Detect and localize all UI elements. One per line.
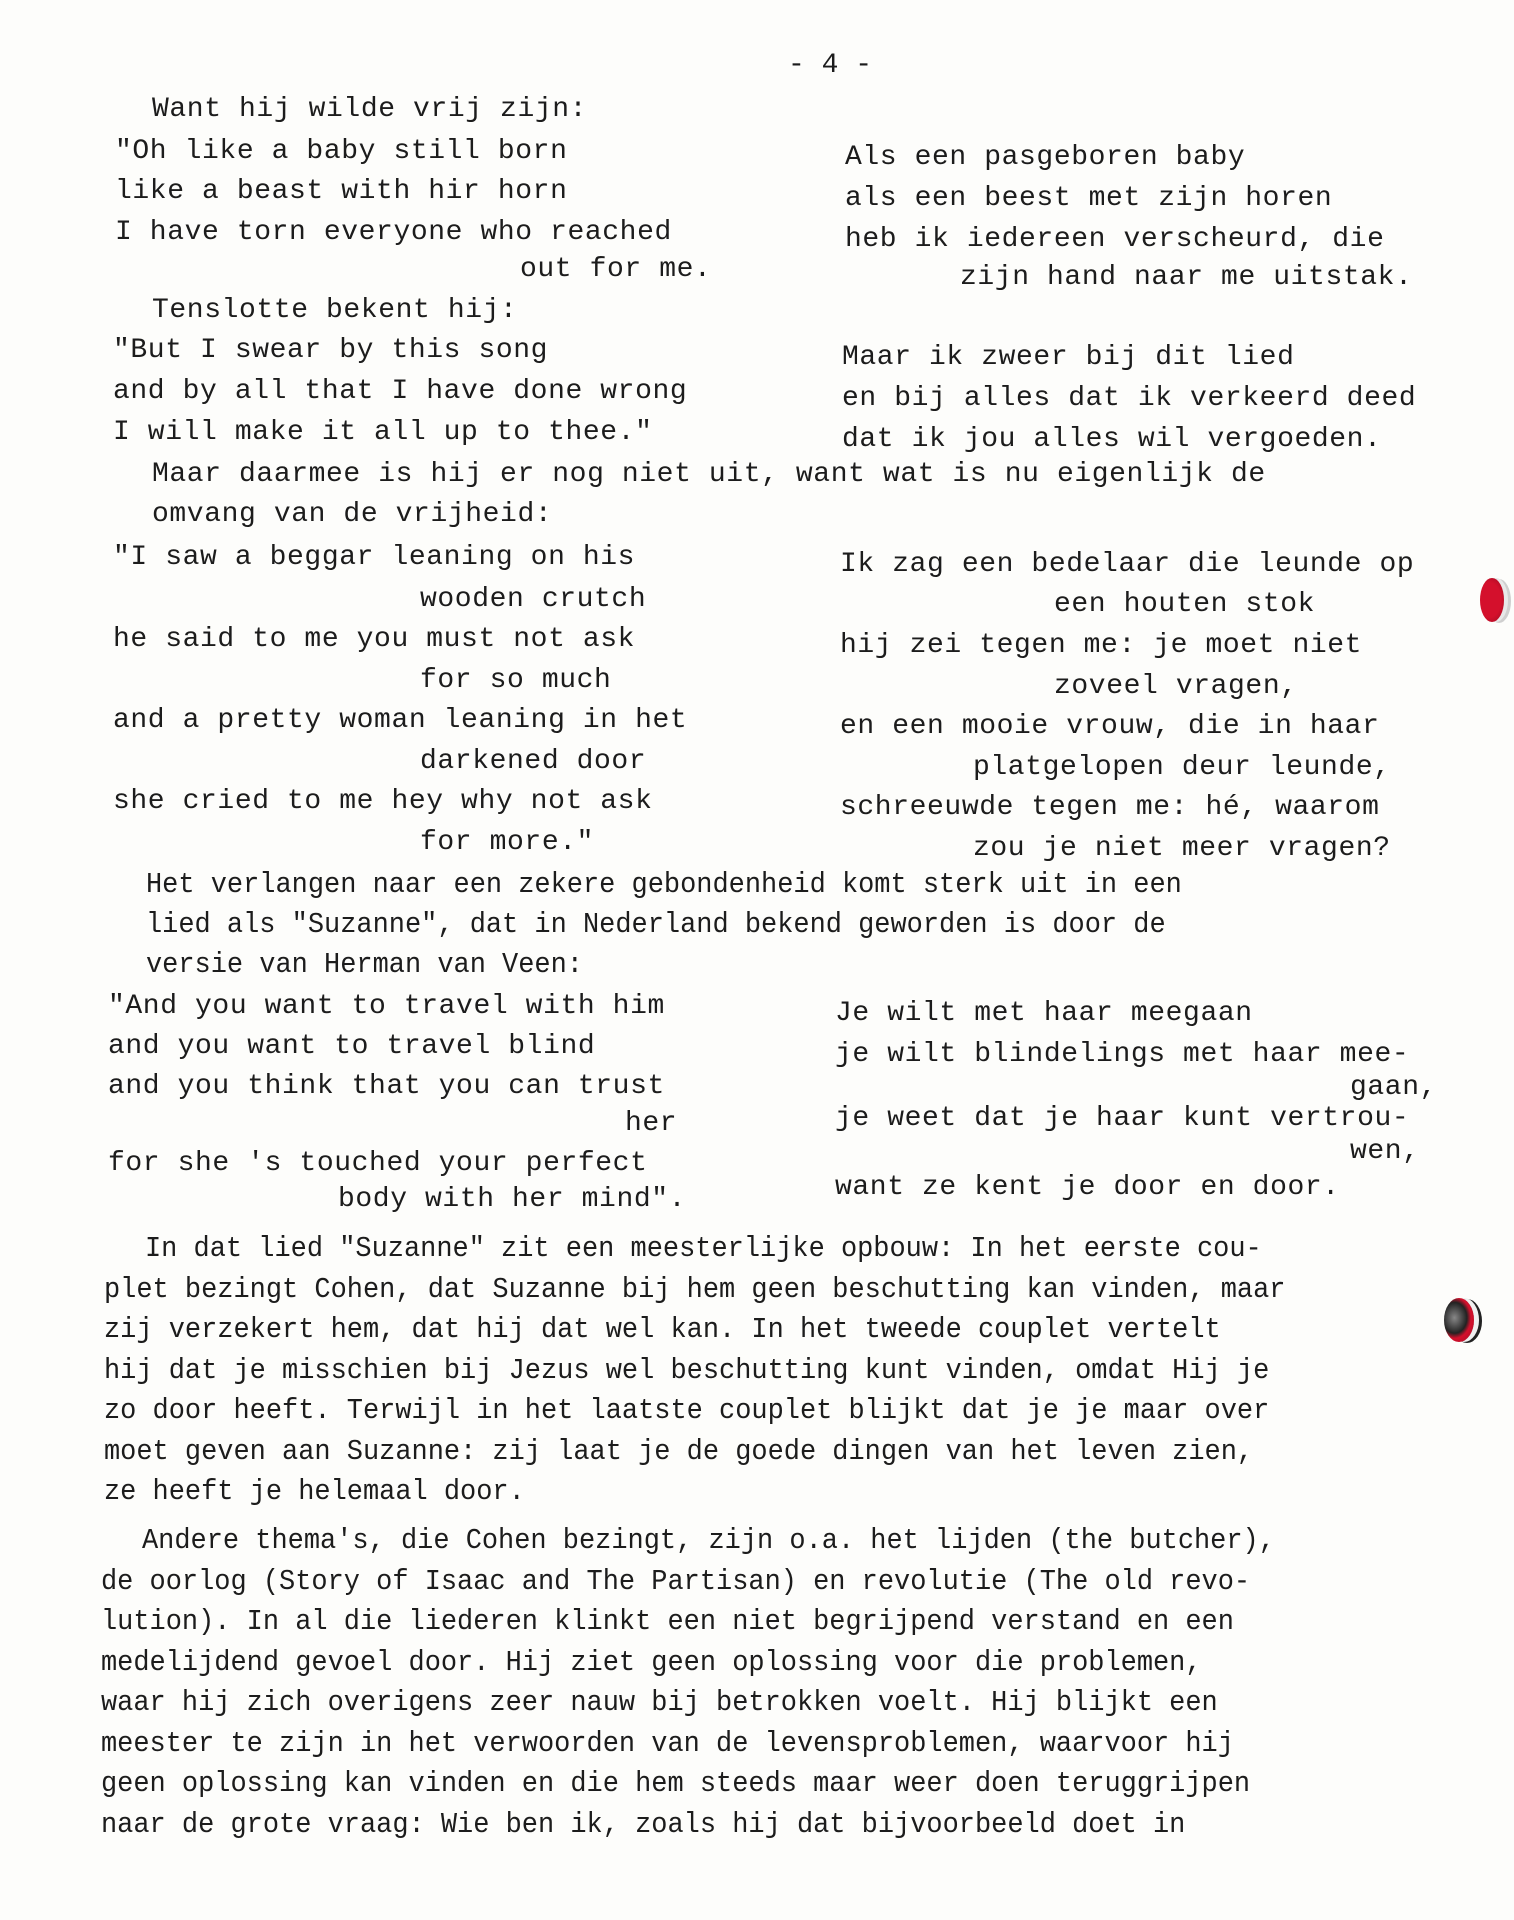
lyric-dutch: als een beest met zijn horen [845,179,1332,219]
lyric-english: like a beast with hir horn [115,172,567,212]
lyric-english: for she 's touched your perfect [108,1144,648,1184]
intro-line: Het verlangen naar een zekere gebondenhe… [146,865,1182,905]
punch-hole-mark [1480,578,1504,622]
punch-hole-mark [1444,1298,1474,1342]
lyric-dutch: zijn hand naar me uitstak. [960,258,1412,298]
lyric-dutch: Je wilt met haar meegaan [835,994,1253,1034]
lyric-dutch: platgelopen deur leunde, [973,748,1391,788]
intro-line: lied als "Suzanne", dat in Nederland bek… [146,905,1166,945]
paragraph-line: medelijdend gevoel door. Hij ziet geen o… [101,1643,1202,1683]
lyric-english: "I saw a beggar leaning on his [113,538,635,578]
paragraph-line: lution). In al die liederen klinkt een n… [101,1602,1234,1642]
lyric-dutch: en een mooie vrouw, die in haar [840,707,1380,747]
lyric-english: her [625,1104,677,1144]
lyric-dutch: dat ik jou alles wil vergoeden. [842,420,1382,460]
paragraph-line: zij verzekert hem, dat hij dat wel kan. … [104,1310,1221,1350]
lyric-dutch: Maar ik zweer bij dit lied [842,338,1294,378]
lyric-dutch: heb ik iedereen verscheurd, die [845,220,1385,260]
paragraph-line: geen oplossing kan vinden en die hem ste… [101,1764,1250,1804]
intro-line: Maar daarmee is hij er nog niet uit, wan… [152,455,1266,495]
paragraph-line: In dat lied "Suzanne" zit een meesterlij… [145,1229,1262,1269]
lyric-dutch: Ik zag een bedelaar die leunde op [840,545,1414,585]
paragraph-line: plet bezingt Cohen, dat Suzanne bij hem … [104,1270,1285,1310]
lyric-english: wooden crutch [420,580,646,620]
lyric-english: "Oh like a baby still born [115,132,567,172]
paragraph-line: meester te zijn in het verwoorden van de… [101,1724,1234,1764]
paragraph-line: zo door heeft. Terwijl in het laatste co… [104,1391,1269,1431]
intro-line: Tenslotte bekent hij: [152,291,517,331]
lyric-english: and you want to travel blind [108,1027,595,1067]
lyric-english: I have torn everyone who reached [115,213,672,253]
lyric-english: and a pretty woman leaning in het [113,701,687,741]
lyric-dutch: je weet dat je haar kunt vertrou- [835,1099,1409,1139]
lyric-dutch: want ze kent je door en door. [835,1168,1340,1208]
lyric-dutch: Als een pasgeboren baby [845,138,1245,178]
lyric-english: for more." [420,823,594,863]
paragraph-line: naar de grote vraag: Wie ben ik, zoals h… [101,1805,1185,1845]
lyric-english: he said to me you must not ask [113,620,635,660]
lyric-english: out for me. [520,250,711,290]
paragraph-line: de oorlog (Story of Isaac and The Partis… [101,1562,1250,1602]
paragraph-line: moet geven aan Suzanne: zij laat je de g… [104,1432,1253,1472]
lyric-dutch: en bij alles dat ik verkeerd deed [842,379,1416,419]
paragraph-line: Andere thema's, die Cohen bezingt, zijn … [142,1521,1275,1561]
intro-line: omvang van de vrijheid: [152,495,552,535]
lyric-english: "But I swear by this song [113,331,548,371]
lyric-english: darkened door [420,742,646,782]
lyric-dutch: hij zei tegen me: je moet niet [840,626,1362,666]
lyric-dutch: je wilt blindelings met haar mee- [835,1035,1409,1075]
lyric-english: she cried to me hey why not ask [113,782,653,822]
lyric-english: for so much [420,661,611,701]
paragraph-line: ze heeft je helemaal door. [104,1472,525,1512]
lyric-english: and by all that I have done wrong [113,372,687,412]
lyric-dutch: schreeuwde tegen me: hé, waarom [840,788,1380,828]
lyric-english: I will make it all up to thee." [113,413,653,453]
lyric-dutch: zoveel vragen, [1054,667,1298,707]
paragraph-line: waar hij zich overigens zeer nauw bij be… [101,1683,1218,1723]
lyric-dutch: wen, [1350,1132,1420,1172]
lyric-english: body with her mind". [338,1180,686,1220]
paragraph-line: hij dat je misschien bij Jezus wel besch… [104,1351,1269,1391]
lyric-english: and you think that you can trust [108,1067,665,1107]
lyric-english: "And you want to travel with him [108,987,665,1027]
intro-line: versie van Herman van Veen: [146,945,583,985]
intro-line: Want hij wilde vrij zijn: [152,90,587,130]
page-number: - 4 - [788,50,872,81]
lyric-dutch: een houten stok [1054,585,1315,625]
lyric-dutch: zou je niet meer vragen? [973,829,1391,869]
